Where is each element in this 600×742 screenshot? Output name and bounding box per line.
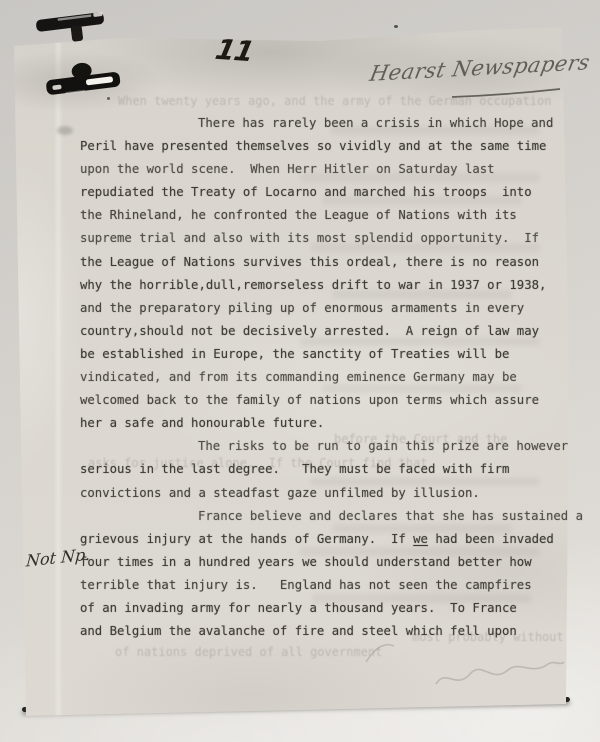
typescript-line: the League of Nations survives this orde… — [80, 251, 580, 274]
typescript-line: four times in a hundred years we should … — [80, 551, 580, 574]
typescript-line: the Rhineland, he confronted the League … — [80, 204, 580, 227]
dust-speck — [107, 97, 110, 100]
typescript-line: supreme trial and also with its most spl… — [80, 227, 580, 250]
binder-clip-top-icon — [36, 12, 107, 46]
page-number-annotation: 11 — [213, 33, 257, 68]
typescript-line: and Belgium the avalanche of fire and st… — [80, 620, 580, 643]
typescript-line: convictions and a steadfast gaze unfilme… — [80, 482, 580, 505]
binder-clips — [0, 0, 160, 120]
bleedthrough-line: of nations deprived of all government — [115, 645, 382, 659]
typescript-line: grievous injury at the hands of Germany.… — [80, 528, 580, 551]
typescript-line: why the horrible,dull,remorseless drift … — [80, 274, 580, 297]
typescript-line: of an invading army for nearly a thousan… — [80, 597, 580, 620]
typescript-line: France believe and declares that she has… — [80, 505, 580, 528]
typescript-line: repudiated the Treaty of Locarno and mar… — [80, 181, 580, 204]
typescript-line: country,should not be decisively arreste… — [80, 320, 580, 343]
typescript: There has rarely been a crisis in which … — [80, 112, 580, 643]
photograph-of-typescript-page: When twenty years ago, and the army of t… — [0, 0, 600, 742]
typescript-line: welcomed back to the family of nations u… — [80, 389, 580, 412]
typescript-line: be established in Europe, the sanctity o… — [80, 343, 580, 366]
typescript-line: terrible that injury is. England has not… — [80, 574, 580, 597]
bleedthrough-line: When twenty years ago, and the army of t… — [118, 94, 551, 108]
dust-speck — [394, 25, 398, 28]
ink-smudge — [57, 126, 73, 135]
typescript-line: Peril have presented themselves so vivid… — [80, 135, 580, 158]
underlined-word: we — [413, 532, 428, 546]
binder-clip-middle-icon — [44, 59, 121, 97]
typescript-line: serious in the last degree. They must be… — [80, 458, 580, 481]
typescript-line: and the preparatory piling up of enormou… — [80, 297, 580, 320]
typescript-line: vindicated, and from its commanding emin… — [80, 366, 580, 389]
typescript-line: upon the world scene. When Herr Hitler o… — [80, 158, 580, 181]
typescript-line: The risks to be run to gain this prize a… — [80, 435, 580, 458]
typescript-line: her a safe and honourable future. — [80, 412, 580, 435]
